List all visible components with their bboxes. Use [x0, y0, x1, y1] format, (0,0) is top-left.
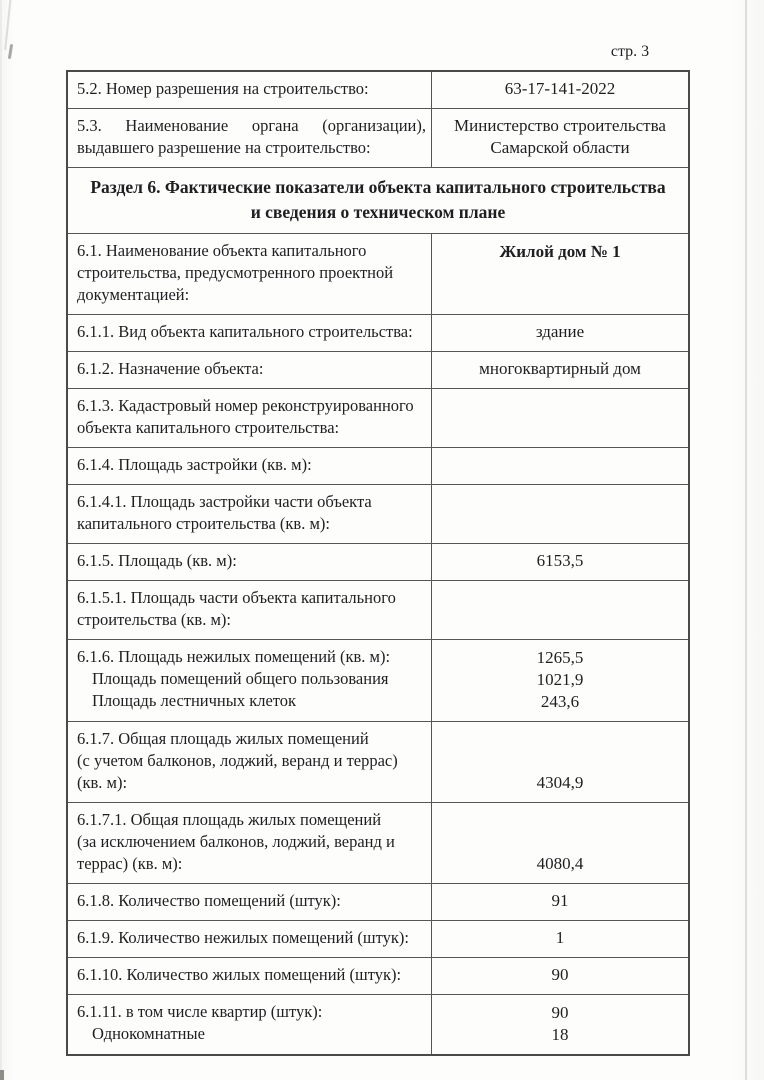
row-value-line: многоквартирный дом — [479, 358, 641, 380]
row-value-cell: 9018 — [432, 995, 688, 1054]
scan-corner-mark — [0, 1070, 4, 1080]
row-value-line: 1 — [556, 927, 565, 949]
row-value-cell: 6153,5 — [432, 544, 688, 580]
row-value-cell: Министерство строительстваСамарской обла… — [432, 109, 688, 167]
row-value-cell: 1 — [432, 921, 688, 957]
row-value-line: 4080,4 — [537, 853, 584, 875]
page-number: стр. 3 — [598, 43, 662, 61]
row-label-cell: 6.1.10. Количество жилых помещений (штук… — [68, 958, 432, 994]
row-value-cell — [432, 389, 688, 447]
section-header-row: Раздел 6. Фактические показатели объекта… — [68, 167, 688, 233]
row-label-cell: 6.1.7. Общая площадь жилых помещений(с у… — [68, 722, 432, 802]
row-value-cell — [432, 448, 688, 484]
scanned-document-page: стр. 3 5.2. Номер разрешения на строител… — [0, 0, 764, 1080]
row-label-cell: 6.1.5.1. Площадь части объекта капитальн… — [68, 581, 432, 639]
row-value-line: 4304,9 — [537, 772, 584, 794]
row-value-cell: 91 — [432, 884, 688, 920]
row-value-line: 1021,9 — [537, 669, 584, 691]
row-label-line: документацией: — [77, 284, 426, 306]
row-value-line: Министерство строительства — [454, 115, 666, 137]
table-row: 6.1.5. Площадь (кв. м):6153,5 — [68, 543, 688, 580]
row-label-cell: 6.1.8. Количество помещений (штук): — [68, 884, 432, 920]
table-row: 5.2. Номер разрешения на строительство:6… — [68, 72, 688, 108]
row-label-line: 6.1.3. Кадастровый номер реконструирован… — [77, 395, 426, 417]
row-label-cell: 6.1.2. Назначение объекта: — [68, 352, 432, 388]
table-row: 6.1. Наименование объекта капитальногост… — [68, 233, 688, 314]
row-label-line: строительства (кв. м): — [77, 609, 426, 631]
row-label-cell: 6.1.6. Площадь нежилых помещений (кв. м)… — [68, 640, 432, 721]
row-label-line: 6.1.6. Площадь нежилых помещений (кв. м)… — [77, 646, 426, 668]
row-label-cell: 6.1.3. Кадастровый номер реконструирован… — [68, 389, 432, 447]
row-label-line: (кв. м): — [77, 772, 426, 794]
scan-scratch-line — [4, 0, 12, 50]
row-label-line: (за исключением балконов, лоджий, веранд… — [77, 831, 426, 853]
scan-scratch-mark — [8, 44, 13, 59]
table-row: 6.1.8. Количество помещений (штук):91 — [68, 883, 688, 920]
table-row: 6.1.3. Кадастровый номер реконструирован… — [68, 388, 688, 447]
row-label-line: капитального строительства (кв. м): — [77, 513, 426, 535]
row-label-cell: 6.1.11. в том числе квартир (штук):Однок… — [68, 995, 432, 1054]
row-label-line: Площадь помещений общего пользования — [77, 668, 426, 690]
row-value-cell: 4304,9 — [432, 722, 688, 802]
row-value-line: 1265,5 — [537, 647, 584, 669]
row-value-cell: Жилой дом № 1 — [432, 234, 688, 314]
row-value-line: Самарской области — [490, 137, 629, 159]
row-value-cell: многоквартирный дом — [432, 352, 688, 388]
row-value-cell: 4080,4 — [432, 803, 688, 883]
scan-left-edge — [0, 0, 2, 1080]
row-value-cell: 1265,51021,9243,6 — [432, 640, 688, 721]
row-label-cell: 5.3. Наименование органа (организации), … — [68, 109, 432, 167]
scan-edge-line — [745, 0, 747, 1080]
table-row: 6.1.11. в том числе квартир (штук):Однок… — [68, 994, 688, 1054]
row-value-line: 90 — [552, 1002, 569, 1024]
row-value-line: 91 — [552, 890, 569, 912]
table-row: 6.1.7. Общая площадь жилых помещений(с у… — [68, 721, 688, 802]
row-value-cell — [432, 485, 688, 543]
row-label-line: (с учетом балконов, лоджий, веранд и тер… — [77, 750, 426, 772]
row-value-line: здание — [536, 321, 584, 343]
row-label-line: террас) (кв. м): — [77, 853, 426, 875]
row-value-cell — [432, 581, 688, 639]
table-row: 6.1.5.1. Площадь части объекта капитальн… — [68, 580, 688, 639]
row-value-cell: здание — [432, 315, 688, 351]
table-row: 6.1.1. Вид объекта капитального строител… — [68, 314, 688, 351]
row-value-line: 63-17-141-2022 — [505, 78, 615, 100]
row-value-cell: 90 — [432, 958, 688, 994]
row-value-cell: 63-17-141-2022 — [432, 72, 688, 108]
row-label-cell: 6.1. Наименование объекта капитальногост… — [68, 234, 432, 314]
table-row: 6.1.7.1. Общая площадь жилых помещений(з… — [68, 802, 688, 883]
row-label-line: 6.1.11. в том числе квартир (штук): — [77, 1001, 426, 1023]
table-row: 6.1.9. Количество нежилых помещений (шту… — [68, 920, 688, 957]
row-label-cell: 6.1.4. Площадь застройки (кв. м): — [68, 448, 432, 484]
row-label-line: объекта капитального строительства: — [77, 417, 426, 439]
row-value-line: 243,6 — [541, 691, 579, 713]
row-label-line: 6.1.7. Общая площадь жилых помещений — [77, 728, 426, 750]
row-label-cell: 6.1.4.1. Площадь застройки части объекта… — [68, 485, 432, 543]
row-label-cell: 6.1.9. Количество нежилых помещений (шту… — [68, 921, 432, 957]
row-label-line: Однокомнатные — [77, 1023, 426, 1045]
row-label-line: 6.1. Наименование объекта капитального — [77, 240, 426, 262]
table-row: 6.1.6. Площадь нежилых помещений (кв. м)… — [68, 639, 688, 721]
row-label-cell: 6.1.7.1. Общая площадь жилых помещений(з… — [68, 803, 432, 883]
table-row: 5.3. Наименование органа (организации), … — [68, 108, 688, 167]
row-value-line: 6153,5 — [537, 550, 584, 572]
row-label-line: 6.1.4.1. Площадь застройки части объекта — [77, 491, 426, 513]
row-value-line: 90 — [552, 964, 569, 986]
table-row: 6.1.4.1. Площадь застройки части объекта… — [68, 484, 688, 543]
row-label-line: строительства, предусмотренного проектно… — [77, 262, 426, 284]
table-row: 6.1.4. Площадь застройки (кв. м): — [68, 447, 688, 484]
document-table: 5.2. Номер разрешения на строительство:6… — [66, 70, 690, 1056]
table-row: 6.1.2. Назначение объекта:многоквартирны… — [68, 351, 688, 388]
row-label-cell: 5.2. Номер разрешения на строительство: — [68, 72, 432, 108]
row-label-cell: 6.1.1. Вид объекта капитального строител… — [68, 315, 432, 351]
row-label-line: 6.1.5.1. Площадь части объекта капитальн… — [77, 587, 426, 609]
row-value-line: Жилой дом № 1 — [499, 241, 620, 263]
section-header-text: Раздел 6. Фактические показатели объекта… — [68, 168, 688, 233]
row-label-line: 6.1.7.1. Общая площадь жилых помещений — [77, 809, 426, 831]
table-row: 6.1.10. Количество жилых помещений (штук… — [68, 957, 688, 994]
row-label-cell: 6.1.5. Площадь (кв. м): — [68, 544, 432, 580]
row-label-line: Площадь лестничных клеток — [77, 690, 426, 712]
row-value-line: 18 — [552, 1024, 569, 1046]
